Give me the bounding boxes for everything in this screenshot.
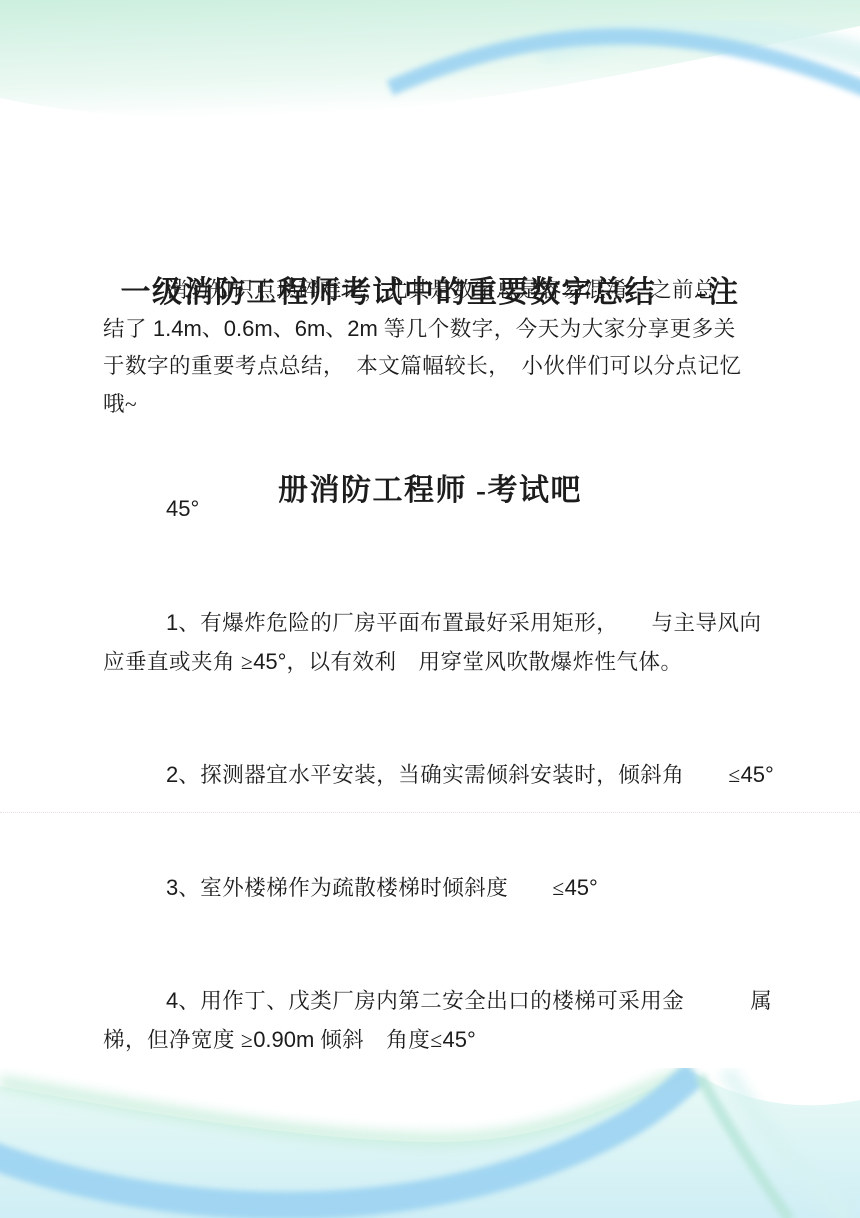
- text-line: 消防知识点琐碎难记，尤其是数字总是容易混淆，之前总: [103, 272, 793, 310]
- text-line: 1、有爆炸危险的厂房平面布置最好采用矩形， 与主导风向: [103, 604, 793, 643]
- numeric-text: 45°: [565, 875, 598, 900]
- bottom-blue-swoosh: [0, 1073, 695, 1206]
- numeric-text: 0.90m: [253, 1027, 314, 1052]
- section-heading-value: 45°: [166, 496, 199, 521]
- text-line: 应垂直或夹角 ≥45°，以有效利 用穿堂风吹散爆炸性气体。: [103, 643, 793, 682]
- document-page: 一级消防工程师考试中的重要数字总结 -注 册消防工程师 -考试吧 消防知识点琐碎…: [0, 0, 860, 1218]
- bottom-aqua-field: [0, 1072, 860, 1218]
- text-line: 于数字的重要考点总结， 本文篇幅较长， 小伙伴们可以分点记忆: [103, 348, 793, 386]
- page-break-dotted-line: [0, 812, 860, 813]
- numeric-text: 3: [166, 875, 178, 900]
- numeric-text: 1: [166, 610, 178, 635]
- top-mint-band: [0, 0, 860, 118]
- cjk-text: 、室外楼梯作为疏散楼梯时倾斜度 ≤: [178, 876, 564, 900]
- bottom-teal-streak: [700, 1076, 790, 1218]
- list-item-3: 3、室外楼梯作为疏散楼梯时倾斜度 ≤45°: [103, 869, 793, 908]
- list-item-1: 1、有爆炸危险的厂房平面布置最好采用矩形， 与主导风向应垂直或夹角 ≥45°，以…: [103, 604, 793, 681]
- numeric-text: 45°: [253, 649, 286, 674]
- text-line: 2、探测器宜水平安装，当确实需倾斜安装时，倾斜角 ≤45°: [103, 756, 793, 795]
- numeric-text: 2: [166, 762, 178, 787]
- text-line: 3、室外楼梯作为疏散楼梯时倾斜度 ≤45°: [103, 869, 793, 908]
- bottom-cyan-streak: [726, 1070, 850, 1218]
- cjk-text: ，以有效利 用穿堂风吹散爆炸性气体。: [286, 650, 682, 674]
- cjk-text: 于数字的重要考点总结， 本文篇幅较长， 小伙伴们可以分点记忆: [103, 354, 742, 378]
- cjk-text: 结了: [103, 317, 153, 341]
- cjk-text: 等几个数字，今天为大家分享更多关: [378, 317, 736, 341]
- list-item-4: 4、用作丁、戊类厂房内第二安全出口的楼梯可采用金 属梯，但净宽度 ≥0.90m …: [103, 982, 793, 1059]
- top-blue-arc: [390, 36, 860, 95]
- cjk-text: 、探测器宜水平安装，当确实需倾斜安装时，倾斜角 ≤: [178, 763, 740, 787]
- numeric-text: 45°: [741, 762, 774, 787]
- numeric-text: 4: [166, 988, 178, 1013]
- numeric-text: 45°: [443, 1027, 476, 1052]
- cjk-text: 消防知识点琐碎难记，尤其是数字总是容易混淆，之前总: [166, 278, 716, 302]
- numeric-text: 1.4m、0.6m、6m、2m: [153, 316, 378, 341]
- section-heading-45deg: 45°: [103, 490, 856, 529]
- cjk-text: 应垂直或夹角 ≥: [103, 650, 253, 674]
- text-line: 结了 1.4m、0.6m、6m、2m 等几个数字，今天为大家分享更多关: [103, 310, 793, 349]
- text-line: 4、用作丁、戊类厂房内第二安全出口的楼梯可采用金 属: [103, 982, 793, 1021]
- bottom-mint-edge: [0, 1070, 693, 1140]
- cjk-text: 、有爆炸危险的厂房平面布置最好采用矩形， 与主导风向: [178, 611, 761, 635]
- top-cyan-arc: [540, 30, 860, 62]
- footer-wave-decoration: [0, 1068, 860, 1218]
- list-item-2: 2、探测器宜水平安装，当确实需倾斜安装时，倾斜角 ≤45°: [103, 756, 793, 795]
- cjk-text: 倾斜 角度≤: [314, 1028, 442, 1052]
- text-line: 梯，但净宽度 ≥0.90m 倾斜 角度≤45°: [103, 1021, 793, 1060]
- text-line: 哦~: [103, 386, 793, 424]
- intro-paragraph: 消防知识点琐碎难记，尤其是数字总是容易混淆，之前总结了 1.4m、0.6m、6m…: [103, 272, 793, 423]
- cjk-text: 梯，但净宽度 ≥: [103, 1028, 253, 1052]
- cjk-text: 哦~: [103, 392, 137, 416]
- cjk-text: 、用作丁、戊类厂房内第二安全出口的楼梯可采用金 属: [178, 989, 772, 1013]
